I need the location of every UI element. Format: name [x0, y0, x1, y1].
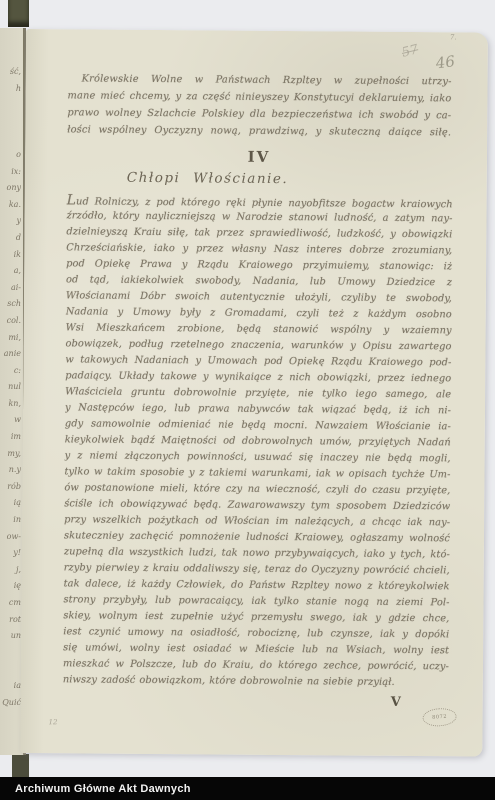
manuscript-page: 57 7. 46 Królewskie Wolne w Państwach Rz… [20, 29, 488, 757]
prev-page-fragment: h [0, 81, 21, 98]
pencil-old-folio-crossed: 57 [400, 42, 420, 60]
prev-page-fragment: j, [0, 562, 21, 579]
binding-strap-top [8, 0, 29, 27]
prev-page-fragment [0, 661, 21, 678]
prev-page-fragment: a, [0, 263, 21, 280]
prev-page-fragment: ik [0, 247, 21, 264]
prev-page-fragment: rot [0, 612, 21, 629]
binding-strap-bottom [12, 754, 29, 777]
prev-page-fragment: col. [0, 313, 21, 330]
pencil-small-mark: 7. [450, 33, 457, 41]
prev-page-fragment: kn, [0, 396, 21, 413]
prev-page-fragment: w [0, 412, 21, 429]
previous-page-fragments: ść,hoix:onyka.ydika,ai-schcol.mi,aniec:n… [0, 64, 21, 711]
archive-oval-stamp: 8072 [422, 707, 457, 727]
prev-page-fragment: o [0, 147, 21, 164]
prev-page-fragment: my, [0, 446, 21, 463]
pencil-folio-number: 46 [435, 52, 456, 72]
prev-page-fragment: sch [0, 296, 21, 313]
prev-page-fragment: nul [0, 379, 21, 396]
manuscript-line: niwszy zadość obowiązkom, które dobrowol… [63, 672, 449, 691]
prev-page-fragment: ony [0, 180, 21, 197]
article-body-paragraph: Lud Rolniczy, z pod którego ręki płynie … [63, 192, 453, 691]
archive-caption: Archiwum Główne Akt Dawnych [15, 783, 191, 795]
prev-page-fragment: mi, [0, 330, 21, 347]
prev-page-fragment: anie [0, 346, 21, 363]
manuscript-line: łości wspólney Oyczyzny nową, prawdziwą,… [67, 121, 451, 141]
prev-page-fragment: ię [0, 578, 21, 595]
scanned-manuscript-view: ść,hoix:onyka.ydika,ai-schcol.mi,aniec:n… [0, 0, 495, 800]
section-title-heading: Chłopi Włościanie. [127, 170, 288, 187]
prev-page-fragment [0, 97, 21, 114]
prev-page-fragment: rób [0, 479, 21, 496]
prev-page-fragment: im [0, 429, 21, 446]
prev-page-fragment: d [0, 230, 21, 247]
prev-page-fragment: y! [0, 545, 21, 562]
prev-page-fragment: ka. [0, 197, 21, 214]
prev-page-fragment [0, 645, 21, 662]
closing-paragraph-previous-article: Królewskie Wolne w Państwach Rzpltey w z… [67, 70, 452, 141]
pencil-page-number: 12 [49, 718, 58, 726]
prev-page-fragment: ai- [0, 280, 21, 297]
prev-page-fragment [0, 114, 21, 131]
caption-bar: Archiwum Główne Akt Dawnych [0, 777, 495, 800]
prev-page-fragment: ią [0, 495, 21, 512]
prev-page-fragment: y [0, 213, 21, 230]
prev-page-fragment: n.y [0, 462, 21, 479]
prev-page-fragment: c: [0, 363, 21, 380]
prev-page-fragment: ow- [0, 529, 21, 546]
prev-page-fragment: Quić [0, 695, 21, 712]
catchword-next-section: V [391, 695, 402, 710]
prev-page-fragment [0, 130, 21, 147]
prev-page-fragment: cm [0, 595, 21, 612]
prev-page-fragment: ia [0, 678, 21, 695]
section-number-heading: IV [67, 146, 451, 167]
prev-page-fragment: ix: [0, 164, 21, 181]
prev-page-fragment: in [0, 512, 21, 529]
prev-page-fragment: un [0, 628, 21, 645]
prev-page-fragment: ść, [0, 64, 21, 81]
